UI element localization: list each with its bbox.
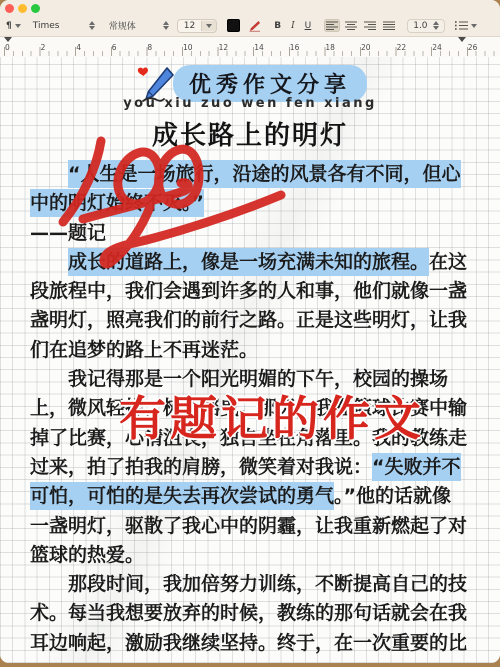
text-line: 那段时间，我加倍努力训练，不断提高自己的技 [30, 570, 475, 599]
ruler-number: 10 [183, 43, 193, 52]
plain-text: 过来，拍了拍我的肩膀，微笑着对我说： [30, 456, 372, 478]
ruler-number: 6 [112, 43, 117, 52]
font-style-select[interactable]: 常规体 [109, 19, 169, 32]
align-left-button[interactable] [324, 19, 340, 32]
font-size-value: 12 [178, 20, 201, 32]
underline-button[interactable]: U [300, 21, 317, 31]
highlighted-text: “失败并不 [372, 453, 461, 481]
left-indent-marker[interactable] [4, 37, 12, 42]
highlighter-pen-icon[interactable] [248, 20, 261, 32]
text-line: 过来，拍了拍我的肩膀，微笑着对我说：“失败并不 [30, 453, 475, 482]
font-family-value: Times [33, 21, 60, 31]
ruler-number: 16 [290, 43, 300, 52]
toolbar: ¶ Times 常规体 12 B I U [0, 0, 500, 37]
text-line: 术。每当我想要放弃的时候，教练的那句话就会在我 [30, 599, 475, 628]
list-style-dropdown[interactable] [455, 21, 477, 30]
highlighted-text: “人生是一场旅行，沿途的风景各有不同，但心 [68, 160, 461, 188]
paragraph-style-dropdown[interactable]: ¶ [6, 21, 21, 31]
right-indent-marker[interactable] [458, 37, 466, 42]
list-icon [455, 21, 468, 30]
plain-text: 一盏明灯，驱散了我心中的阴霾，让我重新燃起了对 [30, 515, 467, 537]
alignment-controls [324, 19, 397, 32]
italic-button[interactable]: I [286, 21, 300, 31]
stepper-icon [163, 21, 169, 30]
badge-pinyin: you xiu zuo wen fen xiang [0, 96, 500, 111]
text-line: 篮球的热爱。 [30, 541, 475, 570]
ruler-number: 18 [325, 43, 335, 52]
font-style-value: 常规体 [109, 19, 136, 32]
paragraph-mark-icon: ¶ [6, 21, 12, 31]
stepper-icon [433, 21, 439, 30]
highlighted-text: 成长的道路上，像是一场充满未知的旅程。 [68, 248, 429, 276]
plain-text: 那段时间，我加倍努力训练，不断提高自己的技 [68, 573, 467, 595]
ruler-number: 2 [41, 43, 46, 52]
plain-text: 篮球的热爱。 [30, 544, 144, 566]
ruler-number: 26 [468, 43, 478, 52]
zoom-window-button[interactable] [31, 4, 40, 13]
font-size-select[interactable]: 12 [177, 19, 217, 33]
format-controls: ¶ Times 常规体 12 B I U [6, 18, 496, 33]
line-spacing-value: 1.0 [413, 21, 427, 31]
highlighted-text: 中的明灯始终不灭。” [30, 189, 204, 217]
plain-text: 盏明灯，照亮我们的前行之路。正是这些明灯，让我 [30, 309, 467, 331]
ruler-number: 12 [219, 43, 229, 52]
teacher-stamp-text: 有题记的作文 [119, 382, 425, 449]
ruler-number: 4 [76, 43, 81, 52]
essay-title: 成长路上的明灯 [0, 115, 500, 152]
plain-text: 们在追梦的路上不再迷茫。 [30, 339, 258, 361]
highlighted-text: 可怕，可怕的是失去再次尝试的勇气 [30, 482, 334, 510]
align-center-button[interactable] [343, 19, 359, 32]
ruler[interactable]: 02468101214161820222426 [0, 37, 500, 58]
plain-text: 。”他的话就像 [334, 485, 451, 507]
text-line: 中的明灯始终不灭。” [30, 189, 475, 218]
text-line: 耳边响起，激励我继续坚持。终于，在一次重要的比 [30, 629, 475, 658]
align-right-button[interactable] [362, 19, 378, 32]
align-justify-button[interactable] [381, 19, 397, 32]
document-page[interactable]: 优秀作文分享 you xiu zuo wen fen xiang 成长路上的明灯… [0, 57, 500, 663]
font-family-select[interactable]: Times [33, 21, 95, 31]
ruler-number: 14 [254, 43, 264, 52]
text-line: 段旅程中，我们会遇到许多的人和事，他们就像一盏 [30, 277, 475, 306]
plain-text: 耳边响起，激励我继续坚持。终于，在一次重要的比 [30, 632, 467, 654]
text-line: 成长的道路上，像是一场充满未知的旅程。在这 [30, 248, 475, 277]
line-spacing-select[interactable]: 1.0 [407, 19, 444, 33]
chevron-down-icon [201, 21, 216, 31]
ruler-number: 0 [5, 43, 10, 52]
plain-text: ——题记 [30, 222, 106, 244]
close-window-button[interactable] [5, 4, 14, 13]
plain-text: 术。每当我想要放弃的时候，教练的那句话就会在我 [30, 602, 467, 624]
window-controls [5, 4, 40, 13]
chevron-down-icon [471, 24, 477, 28]
ruler-number: 8 [147, 43, 152, 52]
text-line: 们在追梦的路上不再迷茫。 [30, 336, 475, 365]
text-line: 可怕，可怕的是失去再次尝试的勇气。”他的话就像 [30, 482, 475, 511]
text-line: “人生是一场旅行，沿途的风景各有不同，但心 [30, 160, 475, 189]
plain-text: 在这 [429, 251, 467, 273]
text-line: 盏明灯，照亮我们的前行之路。正是这些明灯，让我 [30, 306, 475, 335]
ruler-number: 20 [361, 43, 371, 52]
ruler-number: 24 [432, 43, 442, 52]
text-line: ——题记 [30, 219, 475, 248]
chevron-down-icon [15, 24, 21, 28]
stepper-icon [89, 21, 95, 30]
text-line: 一盏明灯，驱散了我心中的阴霾，让我重新燃起了对 [30, 512, 475, 541]
ruler-number: 22 [397, 43, 407, 52]
minimize-window-button[interactable] [18, 4, 27, 13]
app-window: ¶ Times 常规体 12 B I U [0, 0, 500, 663]
plain-text: 段旅程中，我们会遇到许多的人和事，他们就像一盏 [30, 280, 467, 302]
text-color-swatch[interactable] [227, 19, 240, 32]
bold-button[interactable]: B [269, 21, 286, 31]
